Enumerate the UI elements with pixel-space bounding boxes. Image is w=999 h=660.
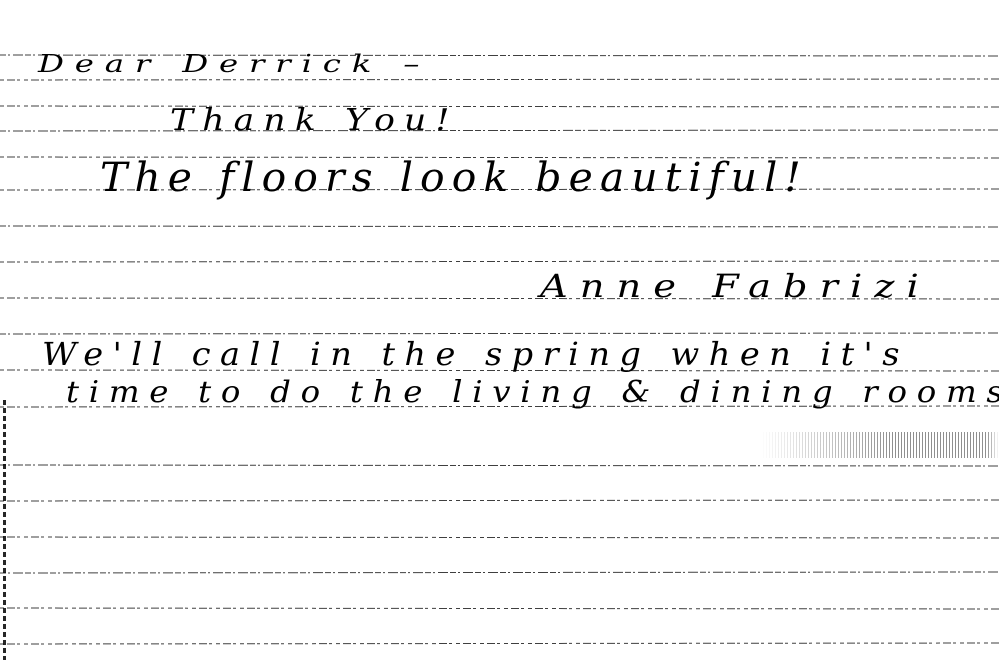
signature-text: Anne Fabrizi — [540, 270, 931, 302]
postscript-line-1: We'll call in the spring when it's — [42, 338, 909, 370]
scan-artifact — [760, 432, 999, 458]
thank-you-text: Thank You! — [170, 106, 459, 136]
scanned-note-page: Dear Derrick – Thank You! The floors loo… — [0, 0, 999, 660]
left-margin-line — [3, 400, 6, 660]
postscript-line-2: time to do the living & dining rooms. — [66, 378, 999, 408]
salutation-text: Dear Derrick – — [38, 52, 430, 76]
main-message-text: The floors look beautiful! — [100, 158, 808, 198]
ruled-lines — [0, 0, 999, 660]
